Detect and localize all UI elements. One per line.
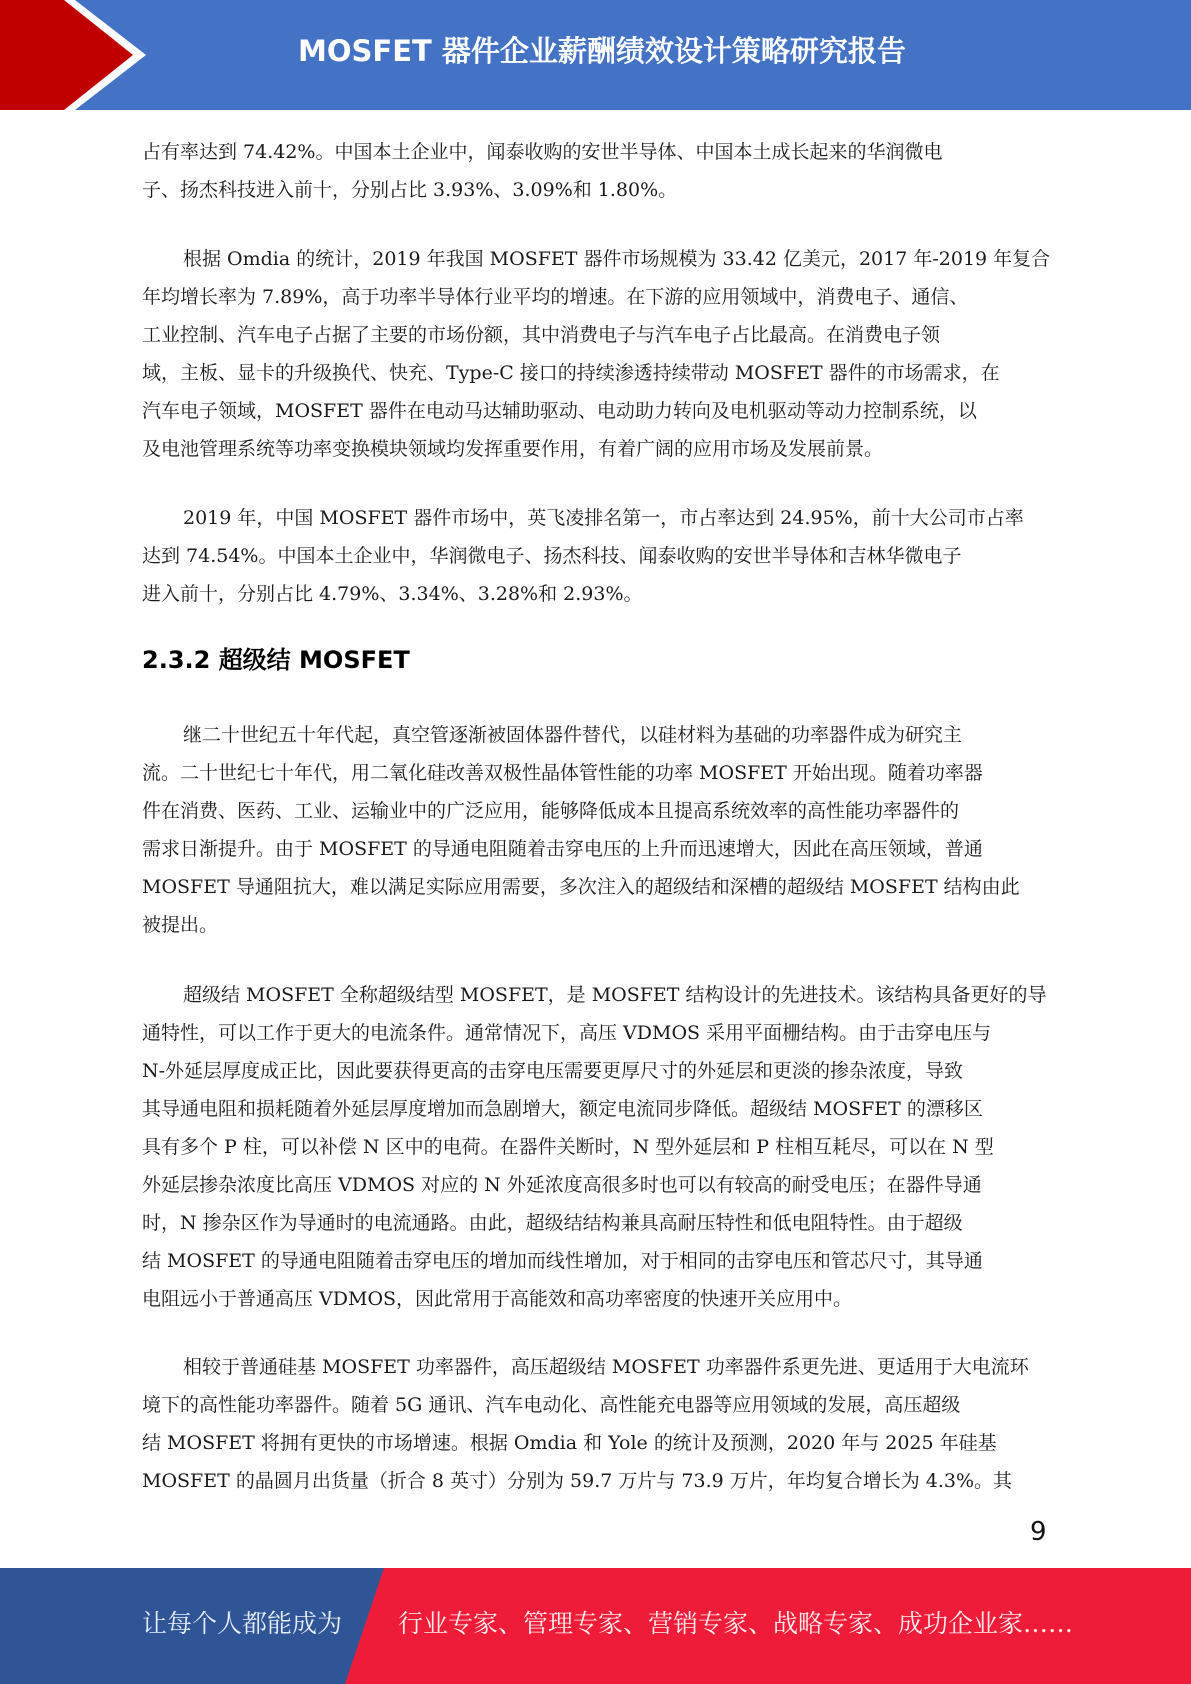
text-line: MOSFET 导通阻抗大，难以满足实际应用需要，多次注入的超级结和深槽的超级结 …: [142, 868, 1052, 906]
text-line: 结 MOSFET 将拥有更快的市场增速。根据 Omdia 和 Yole 的统计及…: [142, 1424, 1052, 1462]
document-title: MOSFET 器件企业薪酬绩效设计策略研究报告: [298, 28, 906, 74]
red-chevron-icon: [0, 0, 160, 110]
section-heading: 2.3.2 超级结 MOSFET: [142, 642, 410, 678]
text-line: 域，主板、显卡的升级换代、快充、Type-C 接口的持续渗透持续带动 MOSFE…: [142, 354, 1052, 392]
page-header: MOSFET 器件企业薪酬绩效设计策略研究报告: [0, 0, 1191, 110]
text-line: 继二十世纪五十年代起，真空管逐渐被固体器件替代，以硅材料为基础的功率器件成为研究…: [142, 716, 1052, 754]
page-number: 9: [1030, 1517, 1047, 1547]
text-line: 子、扬杰科技进入前十，分别占比 3.93%、3.09%和 1.80%。: [142, 171, 1052, 209]
paragraph: 根据 Omdia 的统计，2019 年我国 MOSFET 器件市场规模为 33.…: [142, 240, 1052, 468]
paragraph: 超级结 MOSFET 全称超级结型 MOSFET，是 MOSFET 结构设计的先…: [142, 976, 1052, 1318]
footer-slogan-right: 行业专家、管理专家、营销专家、战略专家、成功企业家……: [398, 1604, 1073, 1644]
text-line: 其导通电阻和损耗随着外延层厚度增加而急剧增大，额定电流同步降低。超级结 MOSF…: [142, 1090, 1052, 1128]
paragraph: 相较于普通硅基 MOSFET 功率器件，高压超级结 MOSFET 功率器件系更先…: [142, 1348, 1052, 1500]
text-line: MOSFET 的晶圆月出货量（折合 8 英寸）分别为 59.7 万片与 73.9…: [142, 1462, 1052, 1500]
paragraph: 2019 年，中国 MOSFET 器件市场中，英飞凌排名第一，市占率达到 24.…: [142, 499, 1052, 613]
text-line: 2019 年，中国 MOSFET 器件市场中，英飞凌排名第一，市占率达到 24.…: [142, 499, 1052, 537]
text-line: 境下的高性能功率器件。随着 5G 通讯、汽车电动化、高性能充电器等应用领域的发展…: [142, 1386, 1052, 1424]
text-line: 年均增长率为 7.89%，高于功率半导体行业平均的增速。在下游的应用领域中，消费…: [142, 278, 1052, 316]
text-line: 结 MOSFET 的导通电阻随着击穿电压的增加而线性增加，对于相同的击穿电压和管…: [142, 1242, 1052, 1280]
text-line: 超级结 MOSFET 全称超级结型 MOSFET，是 MOSFET 结构设计的先…: [142, 976, 1052, 1014]
text-line: 相较于普通硅基 MOSFET 功率器件，高压超级结 MOSFET 功率器件系更先…: [142, 1348, 1052, 1386]
text-line: 流。二十世纪七十年代，用二氧化硅改善双极性晶体管性能的功率 MOSFET 开始出…: [142, 754, 1052, 792]
text-line: 及电池管理系统等功率变换模块领域均发挥重要作用，有着广阔的应用市场及发展前景。: [142, 430, 1052, 468]
text-line: 进入前十，分别占比 4.79%、3.34%、3.28%和 2.93%。: [142, 575, 1052, 613]
paragraph: 继二十世纪五十年代起，真空管逐渐被固体器件替代，以硅材料为基础的功率器件成为研究…: [142, 716, 1052, 944]
text-line: 达到 74.54%。中国本土企业中，华润微电子、扬杰科技、闻泰收购的安世半导体和…: [142, 537, 1052, 575]
text-line: 被提出。: [142, 906, 1052, 944]
text-line: 具有多个 P 柱，可以补偿 N 区中的电荷。在器件关断时，N 型外延层和 P 柱…: [142, 1128, 1052, 1166]
text-line: 通特性，可以工作于更大的电流条件。通常情况下，高压 VDMOS 采用平面栅结构。…: [142, 1014, 1052, 1052]
text-line: 占有率达到 74.42%。中国本土企业中，闻泰收购的安世半导体、中国本土成长起来…: [142, 133, 1052, 171]
text-line: 工业控制、汽车电子占据了主要的市场份额，其中消费电子与汽车电子占比最高。在消费电…: [142, 316, 1052, 354]
paragraph: 占有率达到 74.42%。中国本土企业中，闻泰收购的安世半导体、中国本土成长起来…: [142, 133, 1052, 209]
footer-slogan-left: 让每个人都能成为: [142, 1604, 342, 1644]
text-line: 汽车电子领域，MOSFET 器件在电动马达辅助驱动、电动助力转向及电机驱动等动力…: [142, 392, 1052, 430]
text-line: 需求日渐提升。由于 MOSFET 的导通电阻随着击穿电压的上升而迅速增大，因此在…: [142, 830, 1052, 868]
text-line: 电阻远小于普通高压 VDMOS，因此常用于高能效和高功率密度的快速开关应用中。: [142, 1280, 1052, 1318]
page-footer: 让每个人都能成为 行业专家、管理专家、营销专家、战略专家、成功企业家……: [0, 1568, 1191, 1684]
text-line: 根据 Omdia 的统计，2019 年我国 MOSFET 器件市场规模为 33.…: [142, 240, 1052, 278]
text-line: N-外延层厚度成正比，因此要获得更高的击穿电压需要更厚尺寸的外延层和更淡的掺杂浓…: [142, 1052, 1052, 1090]
text-line: 外延层掺杂浓度比高压 VDMOS 对应的 N 外延浓度高很多时也可以有较高的耐受…: [142, 1166, 1052, 1204]
text-line: 件在消费、医药、工业、运输业中的广泛应用，能够降低成本且提高系统效率的高性能功率…: [142, 792, 1052, 830]
text-line: 时，N 掺杂区作为导通时的电流通路。由此，超级结结构兼具高耐压特性和低电阻特性。…: [142, 1204, 1052, 1242]
